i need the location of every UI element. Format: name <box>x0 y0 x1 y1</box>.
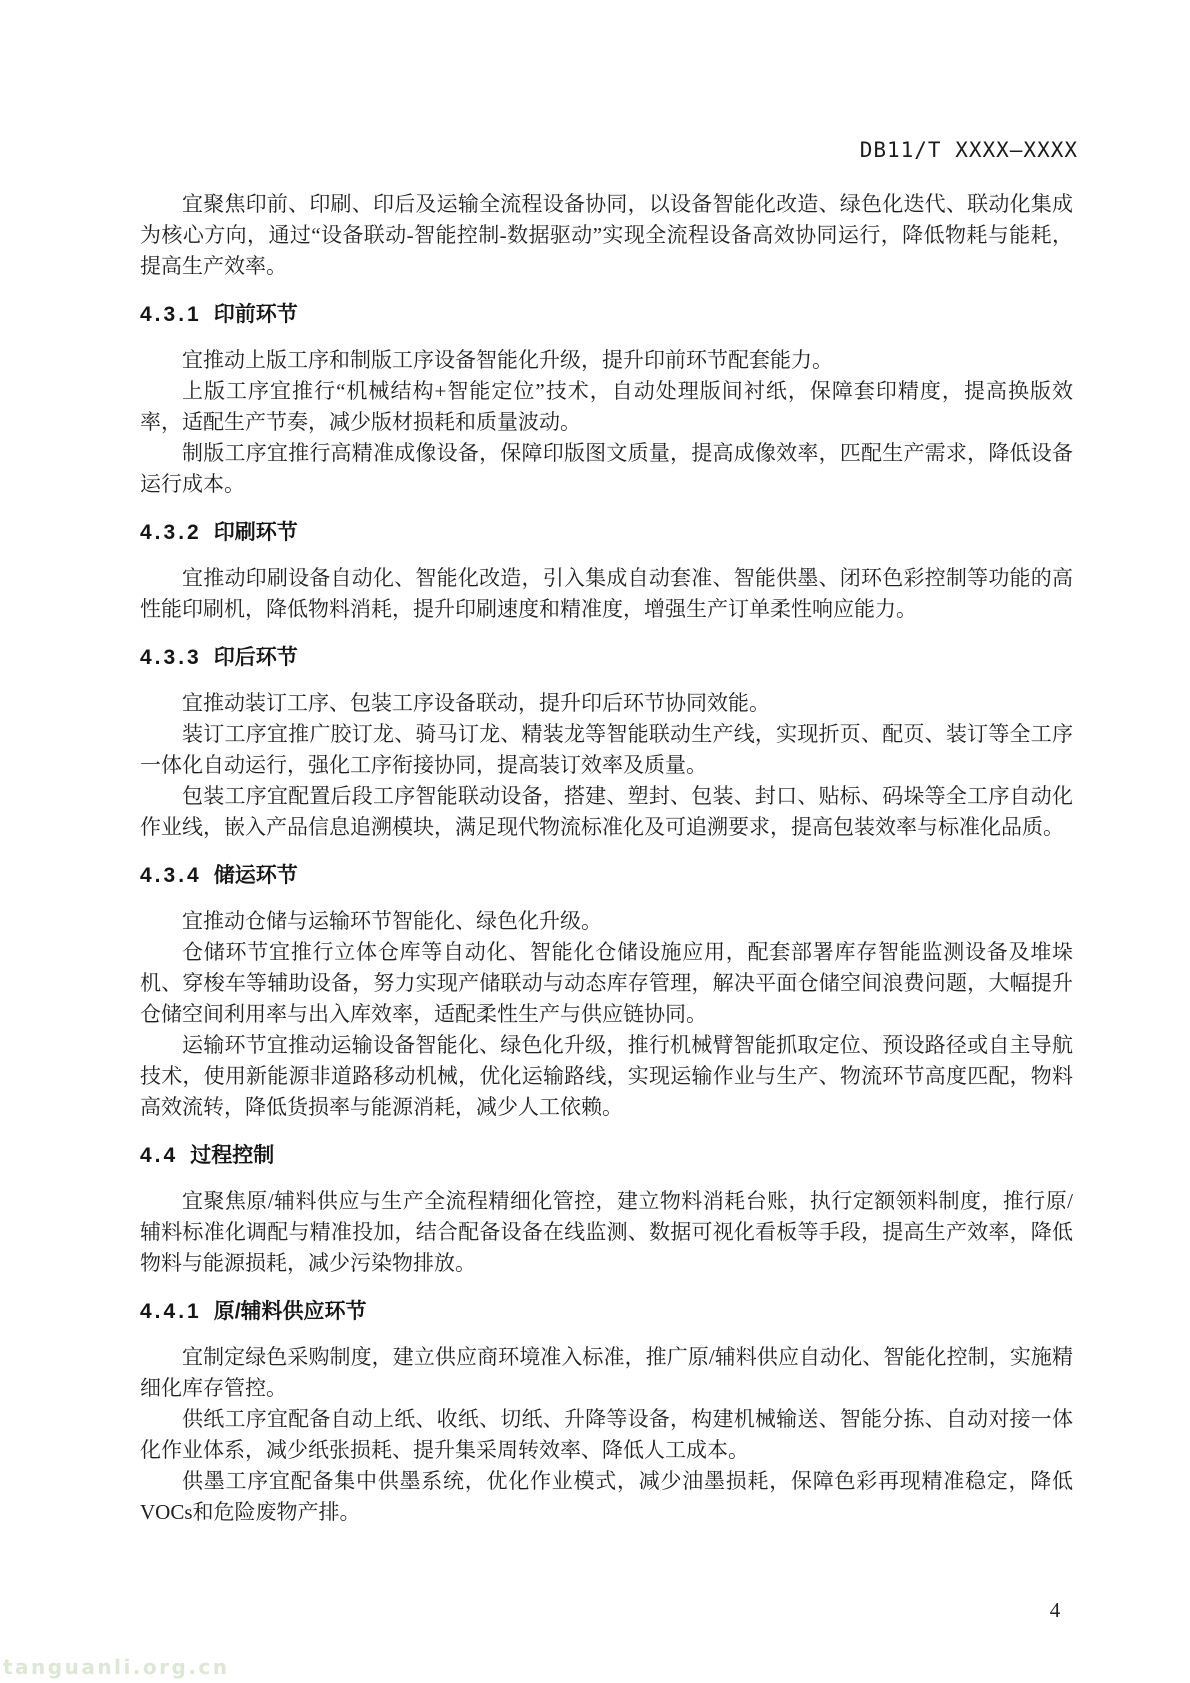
paragraph: 仓储环节宜推行立体仓库等自动化、智能化仓储设施应用，配套部署库存智能监测设备及堆… <box>140 937 1073 1030</box>
document-body: 宜聚焦印前、印刷、印后及运输全流程设备协同，以设备智能化改造、绿色化迭代、联动化… <box>140 189 1073 1528</box>
section-title: 印后环节 <box>214 646 298 669</box>
section-number: 4.4.1 <box>140 1300 202 1323</box>
section-title: 印刷环节 <box>214 521 298 544</box>
paragraph: 宜推动印刷设备自动化、智能化改造，引入集成自动套准、智能供墨、闭环色彩控制等功能… <box>140 563 1073 625</box>
paragraph: 供纸工序宜配备自动上纸、收纸、切纸、升降等设备，构建机械输送、智能分拣、自动对接… <box>140 1404 1073 1466</box>
section-number: 4.3.3 <box>140 646 202 669</box>
paragraph: 装订工序宜推广胶订龙、骑马订龙、精装龙等智能联动生产线，实现折页、配页、装订等全… <box>140 719 1073 781</box>
intro-paragraph: 宜聚焦印前、印刷、印后及运输全流程设备协同，以设备智能化改造、绿色化迭代、联动化… <box>140 189 1073 282</box>
section-title: 储运环节 <box>214 864 298 887</box>
section-number: 4.3.1 <box>140 303 202 326</box>
section-heading-4-3-4: 4.3.4储运环节 <box>140 860 1073 891</box>
section-number: 4.3.2 <box>140 521 202 544</box>
paragraph: 宜聚焦原/辅料供应与生产全流程精细化管控，建立物料消耗台账，执行定额领料制度，推… <box>140 1186 1073 1279</box>
section-title: 印前环节 <box>214 303 298 326</box>
section-heading-4-4: 4.4过程控制 <box>140 1140 1073 1171</box>
section-heading-4-3-1: 4.3.1印前环节 <box>140 299 1073 330</box>
section-heading-4-4-1: 4.4.1原/辅料供应环节 <box>140 1296 1073 1327</box>
page-number: 4 <box>1045 1598 1065 1623</box>
paragraph: 运输环节宜推动运输设备智能化、绿色化升级，推行机械臂智能抓取定位、预设路径或自主… <box>140 1030 1073 1123</box>
paragraph: 供墨工序宜配备集中供墨系统，优化作业模式，减少油墨损耗，保障色彩再现精准稳定，降… <box>140 1466 1073 1528</box>
paragraph: 上版工序宜推行“机械结构+智能定位”技术，自动处理版间衬纸，保障套印精度，提高换… <box>140 376 1073 438</box>
section-number: 4.4 <box>140 1144 178 1167</box>
paragraph: 宜推动装订工序、包装工序设备联动，提升印后环节协同效能。 <box>140 688 1073 719</box>
watermark-text: tanguanli.org.cn <box>3 1655 230 1679</box>
paragraph: 包装工序宜配置后段工序智能联动设备，搭建、塑封、包装、封口、贴标、码垛等全工序自… <box>140 781 1073 843</box>
paragraph: 宜推动仓储与运输环节智能化、绿色化升级。 <box>140 906 1073 937</box>
section-number: 4.3.4 <box>140 864 202 887</box>
paragraph: 宜制定绿色采购制度，建立供应商环境准入标准，推广原/辅料供应自动化、智能化控制，… <box>140 1342 1073 1404</box>
document-page: DB11/T XXXX—XXXX 宜聚焦印前、印刷、印后及运输全流程设备协同，以… <box>0 0 1190 1683</box>
doc-code-header: DB11/T XXXX—XXXX <box>860 138 1078 162</box>
paragraph: 宜推动上版工序和制版工序设备智能化升级，提升印前环节配套能力。 <box>140 345 1073 376</box>
section-title: 过程控制 <box>190 1144 274 1167</box>
section-heading-4-3-3: 4.3.3印后环节 <box>140 642 1073 673</box>
section-title: 原/辅料供应环节 <box>214 1300 367 1323</box>
section-heading-4-3-2: 4.3.2印刷环节 <box>140 517 1073 548</box>
paragraph: 制版工序宜推行高精准成像设备，保障印版图文质量，提高成像效率，匹配生产需求，降低… <box>140 438 1073 500</box>
